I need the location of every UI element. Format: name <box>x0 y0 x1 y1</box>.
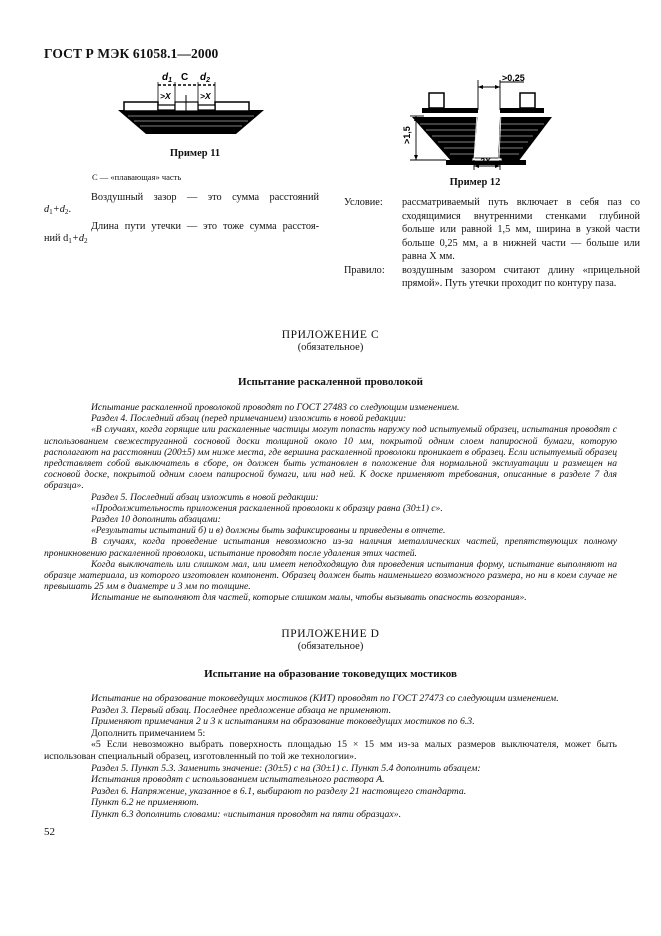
rule-row: Правило: воздушным зазором считают длину… <box>344 264 640 291</box>
page-number: 52 <box>44 826 55 838</box>
figure-11-caption: Пример 11 <box>130 148 260 159</box>
period: . <box>68 204 71 215</box>
label-c: C <box>181 72 188 83</box>
label-gap-left: >X <box>160 91 172 101</box>
var-d: ний d <box>44 233 68 244</box>
appendix-d-paragraph: Раздел 6. Напряжение, указанное в 6.1, в… <box>44 786 617 798</box>
appendix-c-paragraph: «Продолжительность приложения раскаленно… <box>44 503 617 514</box>
label-d1: d1 <box>162 72 172 84</box>
appendix-c-paragraph: Испытание раскаленной проволокой проводя… <box>44 402 617 413</box>
appendix-d-title: ПРИЛОЖЕНИЕ D <box>0 628 661 640</box>
label-gap-right: >X <box>200 91 212 101</box>
appendix-d-body: Испытание на образование токоведущих мос… <box>44 693 617 821</box>
label-depth: >1,5 <box>402 126 412 144</box>
rule-label: Правило: <box>344 264 399 291</box>
appendix-c-title: ПРИЛОЖЕНИЕ С <box>0 329 661 341</box>
figure-11-note: C — «плавающая» часть <box>92 172 181 182</box>
creepage-line-2: ний d1+d2 <box>44 233 319 247</box>
appendix-c-paragraph: Испытание не выполняют для частей, котор… <box>44 592 617 603</box>
rule-text: воздушным зазором считают длину «прицель… <box>399 264 640 291</box>
appendix-c-paragraph: «В случаях, когда горящие или раскаленны… <box>44 424 617 491</box>
figure-12-diagram: >0,25 >1,5 2X <box>402 72 562 170</box>
label-d2: d2 <box>200 72 210 84</box>
appendix-c-paragraph: В случаях, когда проведение испытания не… <box>44 536 617 558</box>
appendix-d-paragraph: Пункт 6.2 не применяют. <box>44 797 617 809</box>
plus-d: +d <box>53 204 65 215</box>
appendix-d-paragraph: Испытание на образование токоведущих мос… <box>44 693 617 705</box>
appendix-c-status: (обязательное) <box>0 342 661 353</box>
condition-label: Условие: <box>344 196 399 264</box>
appendix-d-paragraph: «5 Если невозможно выбрать поверхность п… <box>44 739 617 762</box>
creepage-line-1: Длина пути утечки — это тоже сумма расст… <box>44 221 319 233</box>
appendix-d-paragraph: Применяют примечания 2 и 3 к испытаниям … <box>44 716 617 728</box>
appendix-d-paragraph: Дополнить примечанием 5: <box>44 728 617 740</box>
appendix-d-paragraph: Испытания проводят с использованием испы… <box>44 774 617 786</box>
figure-11-text: Воздушный зазор — это сумма расстояний d… <box>44 192 319 248</box>
condition-text: рассматриваемый путь включает в себя паз… <box>399 196 640 264</box>
appendix-c-paragraph: Когда выключатель или слишком мал, или и… <box>44 559 617 593</box>
appendix-c-body: Испытание раскаленной проволокой проводя… <box>44 402 617 604</box>
appendix-c-paragraph: Раздел 4. Последний абзац (перед примеча… <box>44 413 617 424</box>
appendix-c-heading: Испытание раскаленной проволокой <box>0 376 661 388</box>
plus-d: +d <box>72 233 84 244</box>
appendix-c-paragraph: Раздел 10 дополнить абзацами: <box>44 514 617 525</box>
label-top-width: >0,25 <box>502 73 525 83</box>
appendix-d-paragraph: Раздел 3. Первый абзац. Последнее предло… <box>44 705 617 717</box>
air-gap-line-2: d1+d2. <box>44 204 319 218</box>
air-gap-line-1: Воздушный зазор — это сумма расстояний <box>44 192 319 204</box>
appendix-d-paragraph: Раздел 5. Пункт 5.3. Заменить значение: … <box>44 763 617 775</box>
figure-12-conditions: Условие: рассматриваемый путь включает в… <box>344 196 640 291</box>
figure-12-caption: Пример 12 <box>420 177 530 188</box>
appendix-d-paragraph: Пункт 6.3 дополнить словами: «испытания … <box>44 809 617 821</box>
sub-2: 2 <box>84 237 88 245</box>
document-header: ГОСТ Р МЭК 61058.1—2000 <box>44 46 218 62</box>
condition-row: Условие: рассматриваемый путь включает в… <box>344 196 640 264</box>
figure-11-diagram: d1 C d2 >X >X <box>118 68 268 138</box>
appendix-c-paragraph: «Результаты испытаний б) и в) должны быт… <box>44 525 617 536</box>
appendix-c-paragraph: Раздел 5. Последний абзац изложить в нов… <box>44 492 617 503</box>
appendix-d-heading: Испытание на образование токоведущих мос… <box>0 668 661 680</box>
appendix-d-status: (обязательное) <box>0 641 661 652</box>
label-bottom-width: 2X <box>479 156 492 166</box>
